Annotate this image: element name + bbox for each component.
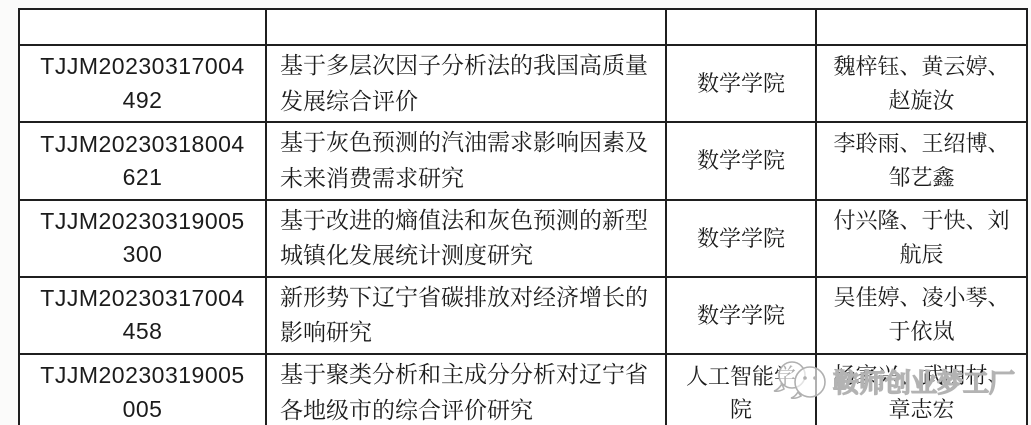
header-cell-college bbox=[666, 9, 816, 45]
project-title: 基于改进的熵值法和灰色预测的新型城镇化发展统计测度研究 bbox=[266, 200, 666, 277]
project-college: 数学学院 bbox=[666, 122, 816, 199]
project-members: 李聆雨、王绍博、邹艺鑫 bbox=[816, 122, 1027, 199]
header-cell-title bbox=[266, 9, 666, 45]
project-title: 基于灰色预测的汽油需求影响因素及未来消费需求研究 bbox=[266, 122, 666, 199]
project-college: 人工智能学院 bbox=[666, 354, 816, 425]
table-row: TJJM20230319005005 基于聚类分析和主成分分析对辽宁省各地级市的… bbox=[19, 354, 1027, 425]
project-id: TJJM20230317004458 bbox=[19, 277, 266, 354]
table-row: TJJM20230317004492 基于多层次因子分析法的我国高质量发展综合评… bbox=[19, 45, 1027, 122]
project-table: TJJM20230317004492 基于多层次因子分析法的我国高质量发展综合评… bbox=[18, 8, 1028, 425]
project-members: 杨家兴、武明材、章志宏 bbox=[816, 354, 1027, 425]
header-cell-id bbox=[19, 9, 266, 45]
project-members: 吴佳婷、凌小琴、于依岚 bbox=[816, 277, 1027, 354]
project-title: 基于聚类分析和主成分分析对辽宁省各地级市的综合评价研究 bbox=[266, 354, 666, 425]
table-row: TJJM20230318004621 基于灰色预测的汽油需求影响因素及未来消费需… bbox=[19, 122, 1027, 199]
project-title: 基于多层次因子分析法的我国高质量发展综合评价 bbox=[266, 45, 666, 122]
project-college: 数学学院 bbox=[666, 200, 816, 277]
project-id: TJJM20230318004621 bbox=[19, 122, 266, 199]
project-table-container: TJJM20230317004492 基于多层次因子分析法的我国高质量发展综合评… bbox=[18, 8, 1028, 425]
project-id: TJJM20230319005300 bbox=[19, 200, 266, 277]
table-row: TJJM20230319005300 基于改进的熵值法和灰色预测的新型城镇化发展… bbox=[19, 200, 1027, 277]
project-college: 数学学院 bbox=[666, 45, 816, 122]
project-members: 付兴隆、于快、刘航辰 bbox=[816, 200, 1027, 277]
project-college: 数学学院 bbox=[666, 277, 816, 354]
header-row bbox=[19, 9, 1027, 45]
project-id: TJJM20230317004492 bbox=[19, 45, 266, 122]
table-row: TJJM20230317004458 新形势下辽宁省碳排放对经济增长的影响研究 … bbox=[19, 277, 1027, 354]
project-title: 新形势下辽宁省碳排放对经济增长的影响研究 bbox=[266, 277, 666, 354]
project-id: TJJM20230319005005 bbox=[19, 354, 266, 425]
header-cell-members bbox=[816, 9, 1027, 45]
project-members: 魏梓钰、黄云婷、赵旋汝 bbox=[816, 45, 1027, 122]
